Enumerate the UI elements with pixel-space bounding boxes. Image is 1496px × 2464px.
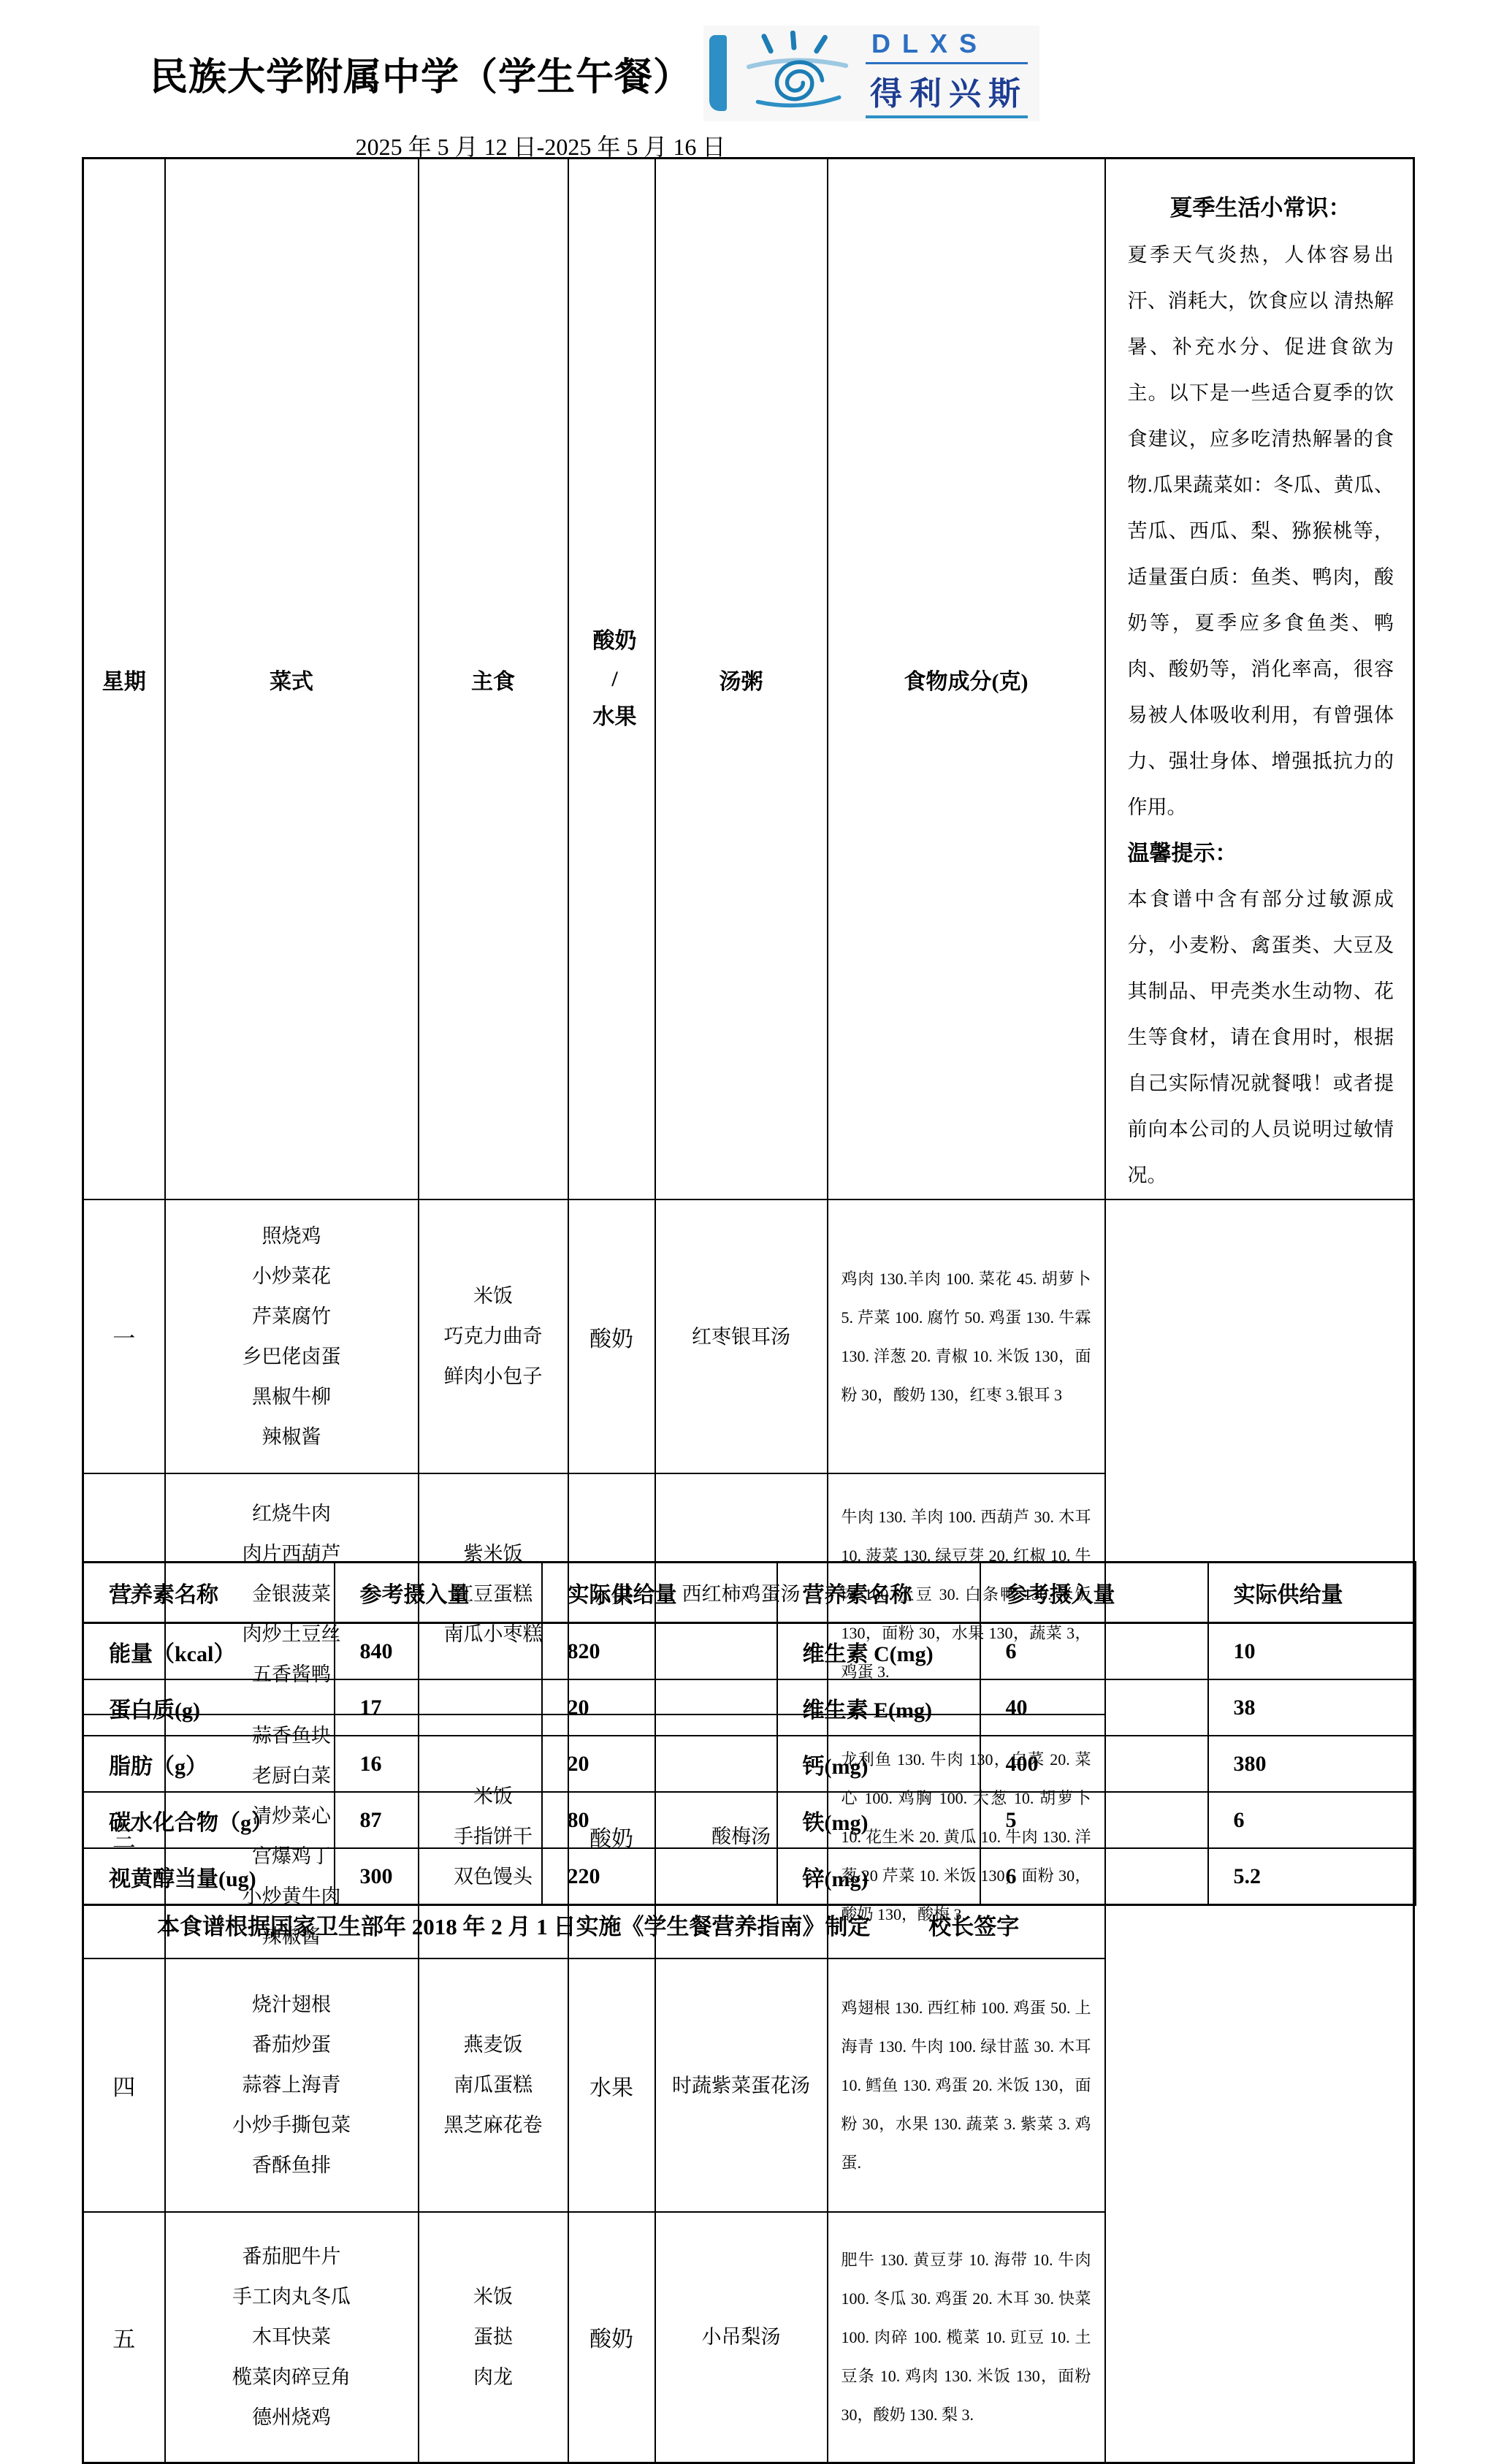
nutrition-cell: 20 bbox=[542, 1736, 777, 1792]
nutrition-cell: 16 bbox=[335, 1736, 542, 1792]
dish-item: 香酥鱼排 bbox=[167, 2145, 417, 2186]
principal-signature-label: 校长签字 bbox=[928, 1914, 1019, 1939]
nutrition-col-header: 营养素名称 bbox=[83, 1563, 335, 1623]
nutrition-cell: 能量（kcal） bbox=[83, 1623, 335, 1680]
dish-item: 手工肉丸冬瓜 bbox=[167, 2277, 417, 2317]
dish-item: 小炒菜花 bbox=[167, 1256, 417, 1297]
dish-item: 照烧鸡 bbox=[167, 1216, 417, 1256]
staples-cell: 米饭巧克力曲奇鲜肉小包子 bbox=[419, 1199, 568, 1473]
nutrition-cell: 820 bbox=[542, 1623, 777, 1680]
dish-item: 木耳快菜 bbox=[167, 2317, 417, 2357]
col-header-staple: 主食 bbox=[419, 159, 568, 1200]
allergy-tips-body: 本食谱中含有部分过敏源成分，小麦粉、禽蛋类、大豆及其制品、甲壳类水生动物、花生等… bbox=[1128, 877, 1394, 1199]
dish-item: 黑椒牛柳 bbox=[167, 1377, 417, 1417]
sidebar-paragraph: 夏季天气炎热，人体容易出汗、消耗大，饮食应以 清热解暑、补充水分、促进食欲为主。… bbox=[1128, 232, 1394, 831]
soup-cell: 时蔬紫菜蛋花汤 bbox=[655, 1958, 828, 2212]
menu-row: 一照烧鸡小炒菜花芹菜腐竹乡巴佬卤蛋黑椒牛柳辣椒酱米饭巧克力曲奇鲜肉小包子酸奶红枣… bbox=[83, 1199, 1414, 1473]
nutrition-row: 碳水化合物（g）8780铁(mg)56 bbox=[83, 1792, 1416, 1848]
yogurt-fruit-cell: 水果 bbox=[568, 1958, 655, 2212]
footer-note-row: 本食谱根据国家卫生部年 2018 年 2 月 1 日实施《学生餐营养指南》制定 … bbox=[157, 1908, 1019, 1941]
nutrition-cell: 蛋白质(g) bbox=[83, 1679, 335, 1736]
nutrition-header-row: 营养素名称参考摄入量实际供给量营养素名称参考摄入量实际供给量 bbox=[83, 1563, 1416, 1623]
dish-item: 番茄肥牛片 bbox=[167, 2237, 417, 2277]
dish-item: 红烧牛肉 bbox=[167, 1494, 417, 1534]
nutrition-row: 能量（kcal）840820维生素 C(mg)610 bbox=[83, 1623, 1416, 1680]
logo-text: DLXS 得利兴斯 bbox=[866, 28, 1028, 118]
col-header-dishes: 菜式 bbox=[165, 159, 419, 1200]
day-label: 五 bbox=[83, 2212, 165, 2463]
dish-item: 蒜蓉上海青 bbox=[167, 2065, 417, 2105]
dish-item: 德州烧鸡 bbox=[167, 2398, 417, 2438]
staple-item: 米饭 bbox=[420, 2277, 567, 2317]
dish-item: 乡巴佬卤蛋 bbox=[167, 1337, 417, 1377]
nutrition-cell: 维生素 C(mg) bbox=[777, 1623, 980, 1680]
nutrition-cell: 80 bbox=[542, 1792, 777, 1848]
staple-item: 南瓜蛋糕 bbox=[420, 2065, 567, 2105]
nutrition-col-header: 参考摄入量 bbox=[335, 1563, 542, 1623]
nutrition-cell: 5 bbox=[980, 1792, 1208, 1848]
staples-cell: 燕麦饭南瓜蛋糕黑芝麻花卷 bbox=[419, 1958, 568, 2212]
yogurt-line: 酸奶 bbox=[576, 622, 654, 660]
nutrition-cell: 840 bbox=[335, 1623, 542, 1680]
nutrition-cell: 300 bbox=[335, 1848, 542, 1905]
staple-item: 燕麦饭 bbox=[420, 2025, 567, 2065]
document-header: 民族大学附属中学（学生午餐） DLXS 得利兴斯 bbox=[150, 22, 1245, 124]
nutrition-cell: 铁(mg) bbox=[777, 1792, 980, 1848]
staple-item: 巧克力曲奇 bbox=[420, 1316, 567, 1357]
col-header-yogurt-fruit: 酸奶 / 水果 bbox=[568, 159, 655, 1200]
school-logo: DLXS 得利兴斯 bbox=[703, 26, 1039, 121]
col-header-ingredients: 食物成分(克) bbox=[828, 159, 1105, 1200]
nutrition-cell: 17 bbox=[335, 1679, 542, 1736]
dish-item: 烧汁翅根 bbox=[167, 1985, 417, 2025]
staple-item: 米饭 bbox=[420, 1276, 567, 1316]
dishes-cell: 番茄肥牛片手工肉丸冬瓜木耳快菜榄菜肉碎豆角德州烧鸡 bbox=[165, 2212, 419, 2463]
dish-item: 番茄炒蛋 bbox=[167, 2025, 417, 2065]
nutrition-row: 脂肪（g）1620钙(mg)400380 bbox=[83, 1736, 1416, 1792]
soup-cell: 红枣银耳汤 bbox=[655, 1199, 828, 1473]
nutrition-cell: 220 bbox=[542, 1848, 777, 1905]
nutrition-cell: 400 bbox=[980, 1736, 1208, 1792]
col-header-soup: 汤粥 bbox=[655, 159, 828, 1200]
nutrition-col-header: 实际供给量 bbox=[542, 1563, 777, 1623]
logo-company-name: 得利兴斯 bbox=[866, 64, 1028, 118]
staple-item: 鲜肉小包子 bbox=[420, 1357, 567, 1397]
nutrition-cell: 6 bbox=[980, 1623, 1208, 1680]
weekly-menu-table: 星期 菜式 主食 酸奶 / 水果 汤粥 食物成分(克) 夏季生活小常识： 夏季天… bbox=[82, 157, 1415, 2464]
dish-item: 榄菜肉碎豆角 bbox=[167, 2357, 417, 2398]
nutrition-row: 蛋白质(g)1720维生素 E(mg)4038 bbox=[83, 1679, 1416, 1736]
summer-tips-sidebar: 夏季生活小常识： 夏季天气炎热，人体容易出汗、消耗大，饮食应以 清热解暑、补充水… bbox=[1105, 159, 1414, 1200]
nutrition-cell: 脂肪（g） bbox=[83, 1736, 335, 1792]
dishes-cell: 烧汁翅根番茄炒蛋蒜蓉上海青小炒手撕包菜香酥鱼排 bbox=[165, 1958, 419, 2212]
nutrition-table-body: 能量（kcal）840820维生素 C(mg)610蛋白质(g)1720维生素 … bbox=[83, 1623, 1416, 1905]
ingredients-cell: 肥牛 130. 黄豆芽 10. 海带 10. 牛肉 100. 冬瓜 30. 鸡蛋… bbox=[828, 2212, 1105, 2463]
allergy-tips-title: 温馨提示： bbox=[1128, 831, 1394, 877]
nutrition-cell: 5.2 bbox=[1208, 1848, 1416, 1905]
dishes-cell: 照烧鸡小炒菜花芹菜腐竹乡巴佬卤蛋黑椒牛柳辣椒酱 bbox=[165, 1199, 419, 1473]
nutrition-table: 营养素名称参考摄入量实际供给量营养素名称参考摄入量实际供给量 能量（kcal）8… bbox=[82, 1561, 1416, 1906]
lunch-menu-document: 民族大学附属中学（学生午餐） DLXS 得利兴斯 2025 年 5 月 12 日… bbox=[0, 0, 1496, 2116]
ingredients-cell: 鸡翅根 130. 西红柿 100. 鸡蛋 50. 上海青 130. 牛肉 100… bbox=[828, 1958, 1105, 2212]
day-label: 四 bbox=[83, 1958, 165, 2212]
staple-item: 黑芝麻花卷 bbox=[420, 2105, 567, 2145]
nutrition-cell: 6 bbox=[1208, 1792, 1416, 1848]
dish-item: 辣椒酱 bbox=[167, 1417, 417, 1457]
staple-item: 肉龙 bbox=[420, 2357, 567, 2398]
menu-row: 五番茄肥牛片手工肉丸冬瓜木耳快菜榄菜肉碎豆角德州烧鸡米饭蛋挞肉龙酸奶小吊梨汤肥牛… bbox=[83, 2212, 1414, 2463]
menu-row: 四烧汁翅根番茄炒蛋蒜蓉上海青小炒手撕包菜香酥鱼排燕麦饭南瓜蛋糕黑芝麻花卷水果时蔬… bbox=[83, 1958, 1414, 2212]
nutrition-cell: 视黄醇当量(ug) bbox=[83, 1848, 335, 1905]
staple-item: 蛋挞 bbox=[420, 2317, 567, 2357]
slash-line: / bbox=[576, 660, 654, 698]
sidebar-title: 夏季生活小常识： bbox=[1128, 184, 1394, 232]
nutrition-row: 视黄醇当量(ug)300220锌(mg)65.2 bbox=[83, 1848, 1416, 1905]
menu-header-row: 星期 菜式 主食 酸奶 / 水果 汤粥 食物成分(克) 夏季生活小常识： 夏季天… bbox=[83, 159, 1414, 1200]
nutrition-cell: 维生素 E(mg) bbox=[777, 1679, 980, 1736]
nutrition-col-header: 参考摄入量 bbox=[980, 1563, 1208, 1623]
nutrition-col-header: 营养素名称 bbox=[777, 1563, 980, 1623]
footer-note: 本食谱根据国家卫生部年 2018 年 2 月 1 日实施《学生餐营养指南》制定 bbox=[157, 1914, 871, 1939]
day-label: 一 bbox=[83, 1199, 165, 1473]
logo-bracket-bar bbox=[709, 35, 727, 111]
staples-cell: 米饭蛋挞肉龙 bbox=[419, 2212, 568, 2463]
soup-cell: 小吊梨汤 bbox=[655, 2212, 828, 2463]
nutrition-cell: 38 bbox=[1208, 1679, 1416, 1736]
nutrition-cell: 锌(mg) bbox=[777, 1848, 980, 1905]
ingredients-cell: 鸡肉 130.羊肉 100. 菜花 45. 胡萝卜 5. 芹菜 100. 腐竹 … bbox=[828, 1199, 1105, 1473]
nutrition-cell: 87 bbox=[335, 1792, 542, 1848]
nutrition-cell: 40 bbox=[980, 1679, 1208, 1736]
nutrition-cell: 380 bbox=[1208, 1736, 1416, 1792]
page-title: 民族大学附属中学（学生午餐） bbox=[150, 46, 692, 101]
yogurt-fruit-cell: 酸奶 bbox=[568, 1199, 655, 1473]
eye-spiral-icon bbox=[734, 31, 858, 115]
fruit-line: 水果 bbox=[576, 698, 654, 736]
nutrition-cell: 20 bbox=[542, 1679, 777, 1736]
dish-item: 小炒手撕包菜 bbox=[167, 2105, 417, 2145]
nutrition-cell: 6 bbox=[980, 1848, 1208, 1905]
nutrition-cell: 10 bbox=[1208, 1623, 1416, 1680]
dish-item: 芹菜腐竹 bbox=[167, 1297, 417, 1337]
yogurt-fruit-cell: 酸奶 bbox=[568, 2212, 655, 2463]
col-header-day: 星期 bbox=[83, 159, 165, 1200]
logo-letters: DLXS bbox=[866, 28, 1028, 64]
nutrition-cell: 碳水化合物（g） bbox=[83, 1792, 335, 1848]
nutrition-cell: 钙(mg) bbox=[777, 1736, 980, 1792]
nutrition-col-header: 实际供给量 bbox=[1208, 1563, 1416, 1623]
